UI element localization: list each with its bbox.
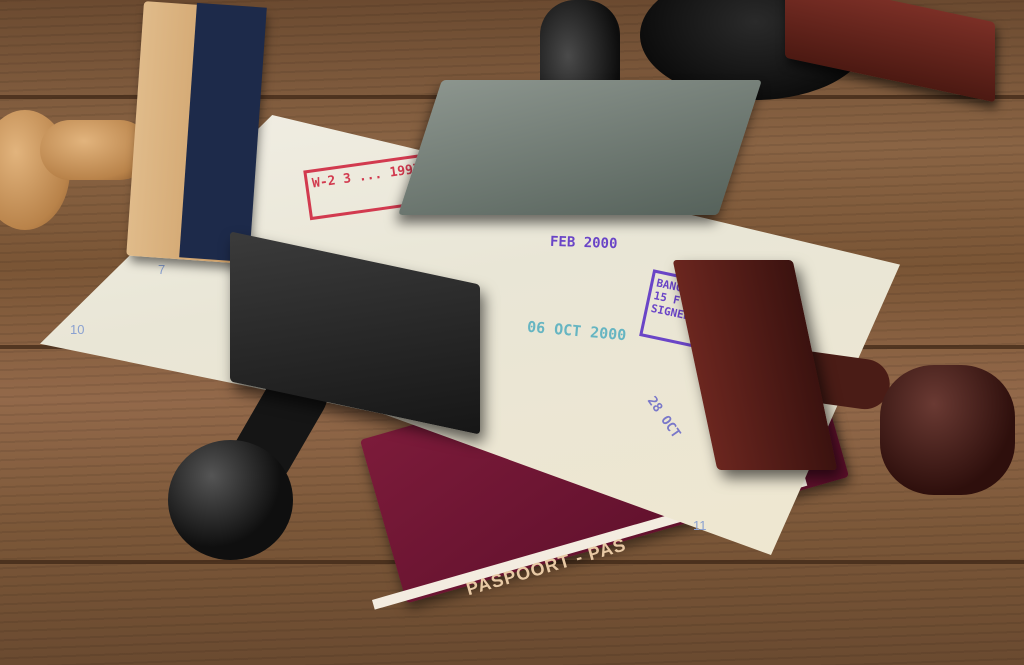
page-number: 10 [70, 322, 84, 337]
visa-stamp-purple: FEB 2000 [550, 234, 618, 252]
black-handle-knob [168, 440, 293, 560]
page-number: 11 [693, 518, 707, 533]
page-number: 7 [158, 262, 165, 277]
photo-scene: PASPOORT - PAS W-2 3 ... 1997 FEB 2000 B… [0, 0, 1024, 665]
grey-stamp-block [398, 80, 762, 215]
brown-handle-knob [880, 365, 1015, 495]
